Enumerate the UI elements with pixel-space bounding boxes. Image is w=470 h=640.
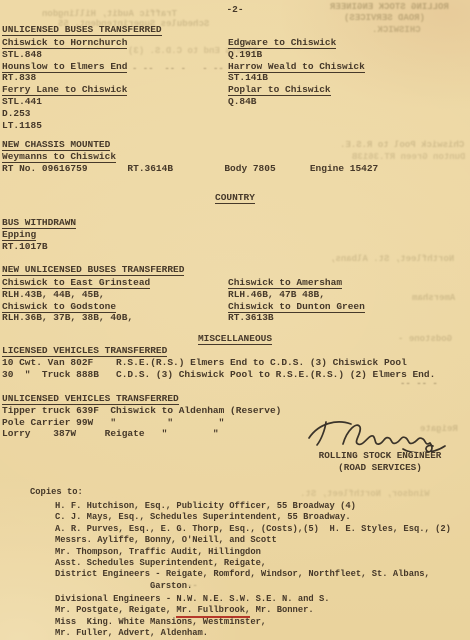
vehicle-transfer-line: 10 Cwt. Van 802F R.S.E.(R.S.) Elmers End… xyxy=(2,357,435,369)
vehicle-transfer-line: Lorry 387W Reigate " " xyxy=(2,428,281,440)
route-line: Hounslow to Elmers End xyxy=(2,61,127,73)
fleet-line: RLH.43B, 44B, 45B, xyxy=(2,289,150,301)
copies-entry: District Engineers - Reigate, Romford, W… xyxy=(55,569,451,580)
new-unlicensed-left-column: Chiswick to East Grinstead RLH.43B, 44B,… xyxy=(2,277,150,324)
postgate-prefix: Mr. Postgate, Reigate, xyxy=(55,605,176,615)
copies-entry: Mr. Thompson, Traffic Audit, Hillingdon xyxy=(55,547,451,558)
copies-entry: Divisional Engineers - N.W. N.E. S.W. S.… xyxy=(55,594,451,605)
section-heading: BUS WITHDRAWN xyxy=(2,217,76,229)
section-heading: UNLICENSED VEHICLES TRANSFERRED xyxy=(2,393,179,405)
copies-entry: C. J. Mays, Esq., Schedules Superintende… xyxy=(55,512,451,523)
dash-mark: -- -- - xyxy=(400,379,438,389)
section-heading: NEW CHASSIS MOUNTED xyxy=(2,139,110,151)
section-heading: LICENSED VEHICLES TRANSFERRED xyxy=(2,345,167,357)
copies-entry: A. R. Purves, Esq., E. G. Thorp, Esq., (… xyxy=(55,524,451,535)
country-heading: COUNTRY xyxy=(0,192,470,204)
section-unlicensed-vehicles: UNLICENSED VEHICLES TRANSFERRED Tipper t… xyxy=(2,393,281,440)
copies-entry: Messrs. Ayliffe, Bonny, O'Neill, and Sco… xyxy=(55,535,451,546)
route-line: Chiswick to Dunton Green xyxy=(228,301,365,313)
route-line: Harrow Weald to Chiswick xyxy=(228,61,365,73)
unlicensed-buses-right-column: Edgware to Chiswick Q.191B Harrow Weald … xyxy=(228,37,365,108)
copies-entry: Asst. Schedules Superintendent, Reigate, xyxy=(55,558,451,569)
fleet-line: ST.141B xyxy=(228,72,365,84)
route-line: Edgware to Chiswick xyxy=(228,37,336,49)
page-number: -2- xyxy=(0,4,470,16)
route-line: Chiswick to Amersham xyxy=(228,277,342,289)
route-line: Weymanns to Chiswick xyxy=(2,151,116,163)
fleet-line: Q.84B xyxy=(228,96,365,108)
bleedthrough-text: CHISWICK. xyxy=(372,25,421,35)
fleet-line: RT.838 xyxy=(2,72,127,84)
route-line: Poplar to Chiswick xyxy=(228,84,331,96)
section-new-chassis: NEW CHASSIS MOUNTED Weymanns to Chiswick… xyxy=(2,139,378,174)
section-heading-new-unlicensed: NEW UNLICENSED BUSES TRANSFERRED xyxy=(2,264,184,276)
copies-entry: Miss King. White Mansions, Westminster, xyxy=(55,617,451,628)
fleet-line: RT.3613B xyxy=(228,312,365,324)
section-heading: COUNTRY xyxy=(215,192,255,204)
copies-entry: H. F. Hutchison, Esq., Publicity Officer… xyxy=(55,501,451,512)
copies-entry: Mr. Fuller, Advert, Aldenham. xyxy=(55,628,451,639)
route-line: Chiswick to East Grinstead xyxy=(2,277,150,289)
bleedthrough-text: Northfleet, St. Albans, xyxy=(330,254,454,264)
route-line: Chiswick to Hornchurch xyxy=(2,37,127,49)
fleet-line: Q.191B xyxy=(228,49,365,61)
fleet-line: D.253 xyxy=(2,108,127,120)
vehicle-transfer-line: 30 " Truck 888B C.D.S. (3) Chiswick Pool… xyxy=(2,369,435,381)
section-heading: UNLICENSED BUSES TRANSFERRED xyxy=(2,24,162,36)
fleet-line: STL.441 xyxy=(2,96,127,108)
red-underline-highlight: Mr. Fullbrook, xyxy=(176,605,250,618)
section-licensed-vehicles: LICENSED VEHICLES TRANSFERRED 10 Cwt. Va… xyxy=(2,345,435,380)
fleet-line: STL.848 xyxy=(2,49,127,61)
section-bus-withdrawn: BUS WITHDRAWN Epping RT.1017B xyxy=(2,217,76,252)
document-page: ROLLING STOCK ENGINEER (ROAD SERVICES) C… xyxy=(0,0,470,640)
copies-label: Copies to: xyxy=(30,487,83,498)
new-unlicensed-right-column: Chiswick to Amersham RLH.46B, 47B 48B, C… xyxy=(228,277,365,324)
vehicle-transfer-line: Tipper truck 639F Chiswick to Aldenham (… xyxy=(2,405,281,417)
signature xyxy=(305,414,455,452)
route-line: Ferry Lane to Chiswick xyxy=(2,84,127,96)
section-heading: MISCELLANEOUS xyxy=(198,333,272,345)
garage-line: Epping xyxy=(2,229,36,241)
bleedthrough-text: Amersham xyxy=(412,293,455,303)
fleet-line: RLH.36B, 37B, 38B, 40B, xyxy=(2,312,150,324)
section-heading: NEW UNLICENSED BUSES TRANSFERRED xyxy=(2,264,184,276)
copies-entry: Garston. xyxy=(55,581,451,592)
dash-mark: - -- -- - - -- xyxy=(132,64,224,74)
unlicensed-buses-left-column: Chiswick to Hornchurch STL.848 Hounslow … xyxy=(2,37,127,131)
bleedthrough-text: Windsor, Northfleet, St. xyxy=(300,489,430,499)
miscellaneous-heading: MISCELLANEOUS xyxy=(0,333,470,345)
fleet-line: RT.1017B xyxy=(2,241,76,253)
signature-title: ROLLING STOCK ENGINEER xyxy=(300,450,460,462)
detail-line: RT No. 09616759 RT.3614B Body 7805 Engin… xyxy=(2,163,378,175)
signature-block: ROLLING STOCK ENGINEER (ROAD SERVICES) xyxy=(300,414,460,473)
vehicle-transfer-line: Pole Carrier 99W " " " xyxy=(2,417,281,429)
postgate-suffix: Mr. Bonner. xyxy=(250,605,313,615)
signature-subtitle: (ROAD SERVICES) xyxy=(300,462,460,474)
section-heading-unlicensed-buses: UNLICENSED BUSES TRANSFERRED xyxy=(2,24,162,36)
fleet-line: LT.1185 xyxy=(2,120,127,132)
route-line: Chiswick to Godstone xyxy=(2,301,116,313)
copies-entry-postgate: Mr. Postgate, Reigate, Mr. Fullbrook, Mr… xyxy=(55,605,451,616)
fleet-line: RLH.46B, 47B 48B, xyxy=(228,289,365,301)
copies-list: H. F. Hutchison, Esq., Publicity Officer… xyxy=(55,501,451,639)
